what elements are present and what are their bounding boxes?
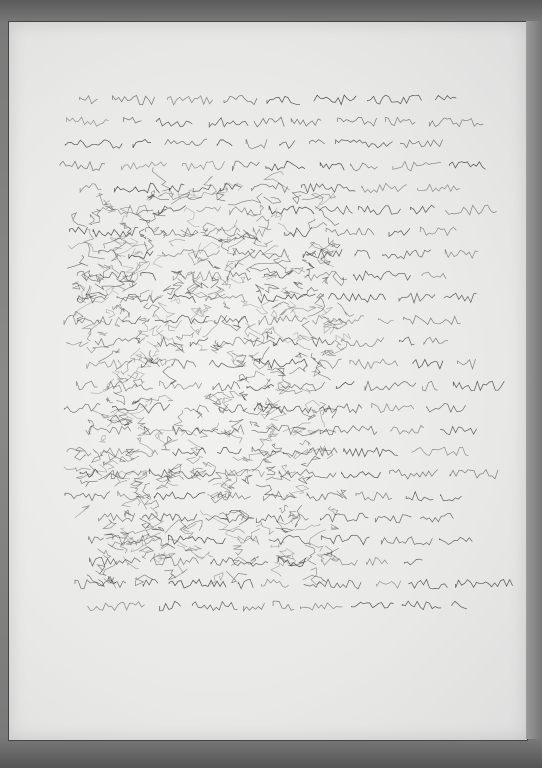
scribble-drawing xyxy=(0,0,542,768)
